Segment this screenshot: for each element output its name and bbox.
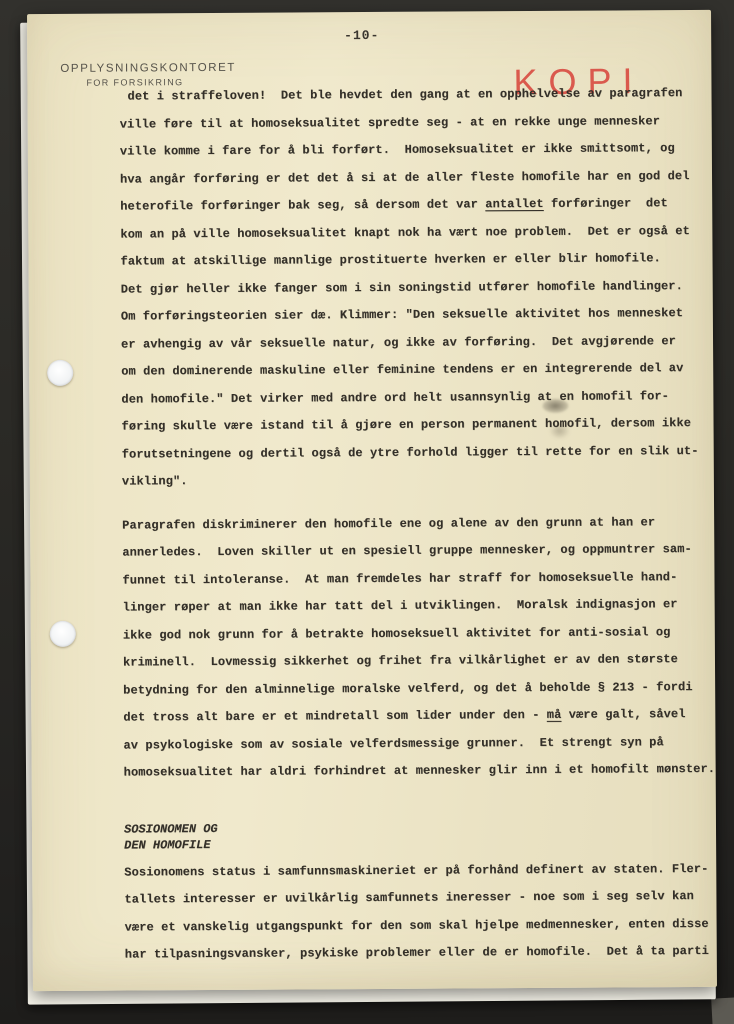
document-page: -10- OPPLYSNINGSKONTORET FOR FORSIKRING …: [27, 10, 717, 991]
text-line: av psykologiske som av sosiale velferdsm…: [123, 728, 734, 759]
line-segment: det tross alt bare er et mindretall som …: [123, 708, 547, 725]
text-line-underlined: heterofile forføringer bak seg, så derso…: [120, 190, 732, 221]
text-line: den homofile." Det virker med andre ord …: [121, 382, 733, 413]
text-line: betydning for den alminnelige moralske v…: [123, 673, 734, 704]
line-segment: heterofile forføringer bak seg, så derso…: [120, 197, 485, 213]
ink-smudge: [542, 399, 568, 413]
text-line: forutsetningene og dertil også de ytre f…: [122, 437, 734, 468]
line-segment: være galt, såvel: [561, 707, 685, 722]
text-line: kriminell. Lovmessig sikkerhet og frihet…: [123, 646, 734, 677]
text-line: ikke god nok grunn for å betrakte homose…: [123, 618, 734, 649]
punch-hole: [50, 621, 76, 647]
underlined-word: antallet: [485, 197, 544, 211]
text-line: funnet til intoleranse. At man fremdeles…: [122, 563, 734, 594]
text-line: har tilpasningsvansker, psykiske problem…: [125, 938, 734, 969]
ink-smudge: [550, 423, 570, 439]
punch-hole: [47, 360, 73, 386]
paragraph-1: det i straffeloven! Det ble hevdet den g…: [119, 80, 734, 496]
text-line: føring skulle være istand til å gjøre en…: [121, 410, 733, 441]
text-line: Sosionomens status i samfunnsmaskineriet…: [124, 855, 734, 886]
paragraph-3: Sosionomens status i samfunnsmaskineriet…: [124, 855, 734, 969]
text-line: er avhengig av vår seksuelle natur, og i…: [121, 327, 733, 358]
text-line: ville føre til at homoseksualitet spredt…: [120, 107, 732, 138]
text-line: tallets interesser er uvilkårlig samfunn…: [124, 883, 734, 914]
text-line: annerledes. Loven skiller ut en spesiell…: [122, 536, 734, 567]
background-object: [711, 997, 734, 1024]
letterhead-line1: OPPLYSNINGSKONTORET: [60, 61, 236, 76]
text-line: Det gjør heller ikke fanger som i sin so…: [121, 272, 733, 303]
paragraph-gap: [124, 783, 734, 821]
document-body: det i straffeloven! Det ble hevdet den g…: [119, 80, 734, 969]
text-line: være et vanskelig utgangspunkt for den s…: [125, 910, 734, 941]
text-line: det i straffeloven! Det ble hevdet den g…: [119, 80, 731, 111]
text-line: hva angår forføring er det det å si at d…: [120, 162, 732, 193]
text-line: faktum at atskillige mannlige prostituer…: [120, 245, 732, 276]
text-line: Om forføringsteorien sier dæ. Klimmer: "…: [121, 300, 733, 331]
paragraph-2: Paragrafen diskriminerer den homofile en…: [122, 508, 734, 787]
section-heading: SOSIONOMEN OG DEN HOMOFILE: [124, 817, 734, 853]
page-number: -10-: [344, 28, 379, 44]
photo-background: -10- OPPLYSNINGSKONTORET FOR FORSIKRING …: [0, 0, 734, 1024]
text-line: vikling".: [122, 465, 734, 496]
underlined-word: må: [547, 708, 562, 722]
text-line-underlined: det tross alt bare er et mindretall som …: [123, 701, 734, 732]
text-line: linger røper at man ikke har tatt del i …: [123, 591, 734, 622]
text-line: om den dominerende maskuline eller femin…: [121, 355, 733, 386]
text-line: ville komme i fare for å bli forført. Ho…: [120, 135, 732, 166]
text-line: homoseksualitet har aldri forhindret at …: [124, 756, 734, 787]
text-line: Paragrafen diskriminerer den homofile en…: [122, 508, 734, 539]
text-line: kom an på ville homoseksualitet knapt no…: [120, 217, 732, 248]
line-segment: forføringer det: [544, 196, 668, 211]
